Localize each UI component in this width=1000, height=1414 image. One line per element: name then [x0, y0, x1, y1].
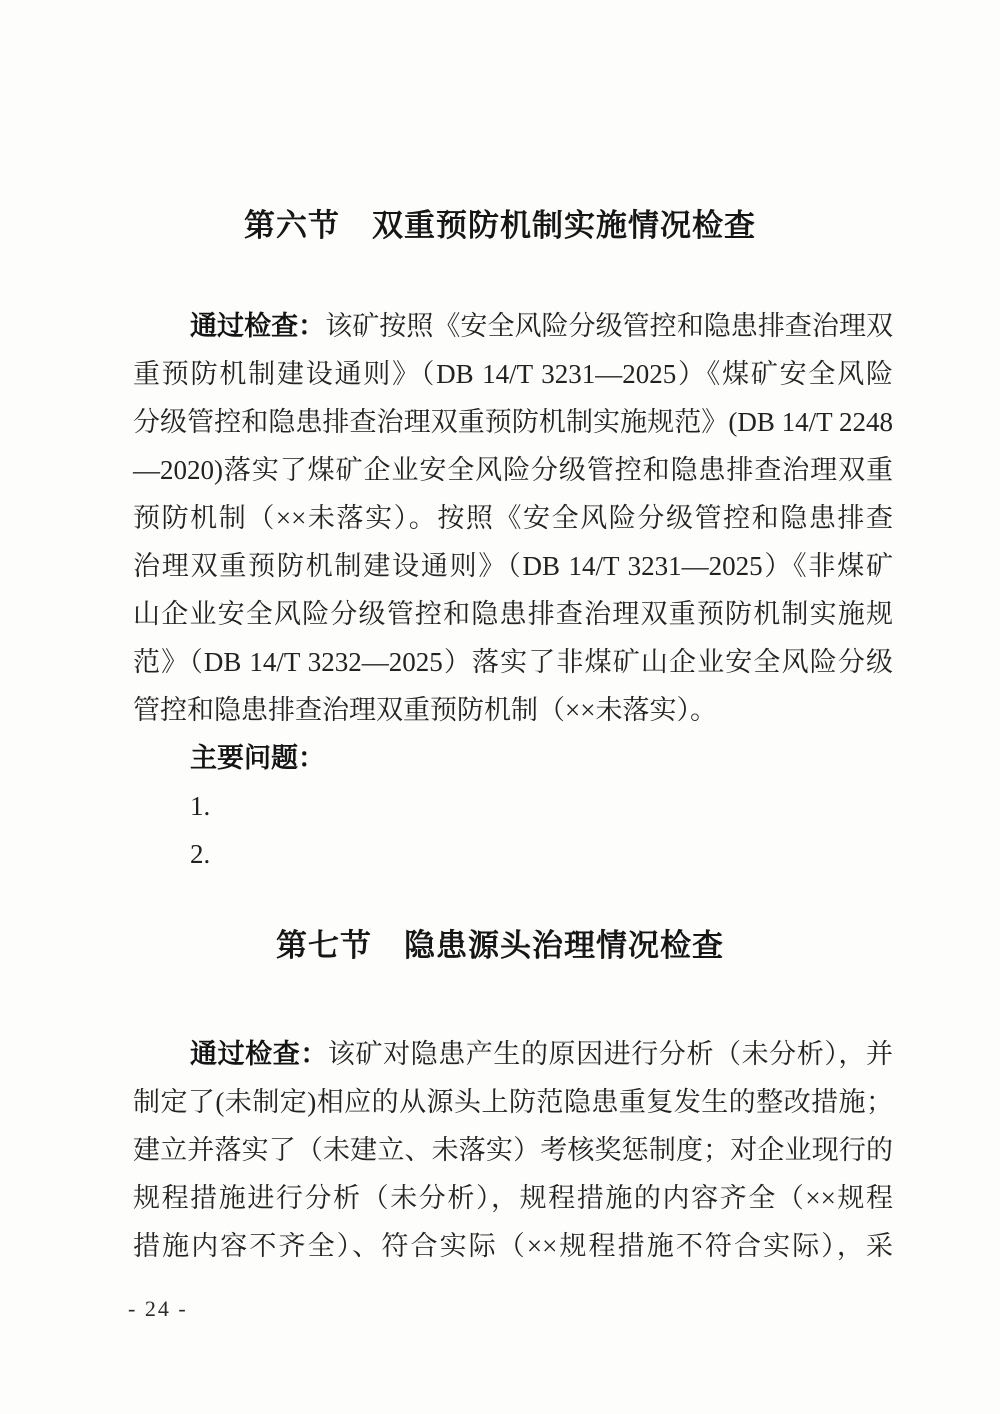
paragraph-line: 管控和隐患排查治理双重预防机制（××未落实）。: [133, 686, 893, 734]
issues-block: 主要问题： 1. 2.: [133, 734, 893, 878]
paragraph-line: 建立并落实了（未建立、未落实）考核奖惩制度；对企业现行的: [133, 1126, 893, 1174]
paragraph-line: 通过检查：该矿按照《安全风险分级管控和隐患排查治理双: [133, 302, 893, 350]
issues-label: 主要问题：: [133, 734, 893, 782]
section6-paragraph: 通过检查：该矿按照《安全风险分级管控和隐患排查治理双 重预防机制建设通则》（DB…: [133, 302, 893, 734]
paragraph-line: 规程措施进行分析（未分析），规程措施的内容齐全（××规程: [133, 1174, 893, 1222]
paragraph-line: 预防机制（××未落实）。按照《安全风险分级管控和隐患排查: [133, 494, 893, 542]
paragraph-line: 山企业安全风险分级管控和隐患排查治理双重预防机制实施规: [133, 590, 893, 638]
paragraph-line: 重预防机制建设通则》（DB 14/T 3231—2025）《煤矿安全风险: [133, 350, 893, 398]
page-number: - 24 -: [128, 1294, 188, 1324]
paragraph-line: 治理双重预防机制建设通则》（DB 14/T 3231—2025）《非煤矿: [133, 542, 893, 590]
inspection-lead-bold: 通过检查：: [190, 311, 325, 341]
issue-item-1: 1.: [133, 782, 893, 830]
document-page: 第六节 双重预防机制实施情况检查 通过检查：该矿按照《安全风险分级管控和隐患排查…: [0, 0, 1000, 1414]
section7-title: 第七节 隐患源头治理情况检查: [0, 922, 1000, 970]
paragraph-line-text: 该矿按照《安全风险分级管控和隐患排查治理双: [325, 311, 893, 341]
paragraph-line-text: 该矿对隐患产生的原因进行分析（未分析），并: [328, 1039, 893, 1069]
paragraph-line: 范》（DB 14/T 3232—2025）落实了非煤矿山企业安全风险分级: [133, 638, 893, 686]
paragraph-line: 措施内容不齐全）、符合实际（××规程措施不符合实际），采: [133, 1222, 893, 1270]
paragraph-line: 制定了(未制定)相应的从源头上防范隐患重复发生的整改措施；: [133, 1078, 893, 1126]
issue-item-2: 2.: [133, 830, 893, 878]
section7-paragraph: 通过检查：该矿对隐患产生的原因进行分析（未分析），并 制定了(未制定)相应的从源…: [133, 1030, 893, 1270]
paragraph-line: —2020)落实了煤矿企业安全风险分级管控和隐患排查治理双重: [133, 446, 893, 494]
section6-title: 第六节 双重预防机制实施情况检查: [0, 202, 1000, 250]
paragraph-line: 分级管控和隐患排查治理双重预防机制实施规范》(DB 14/T 2248: [133, 398, 893, 446]
inspection-lead-bold: 通过检查：: [190, 1039, 328, 1069]
paragraph-line: 通过检查：该矿对隐患产生的原因进行分析（未分析），并: [133, 1030, 893, 1078]
